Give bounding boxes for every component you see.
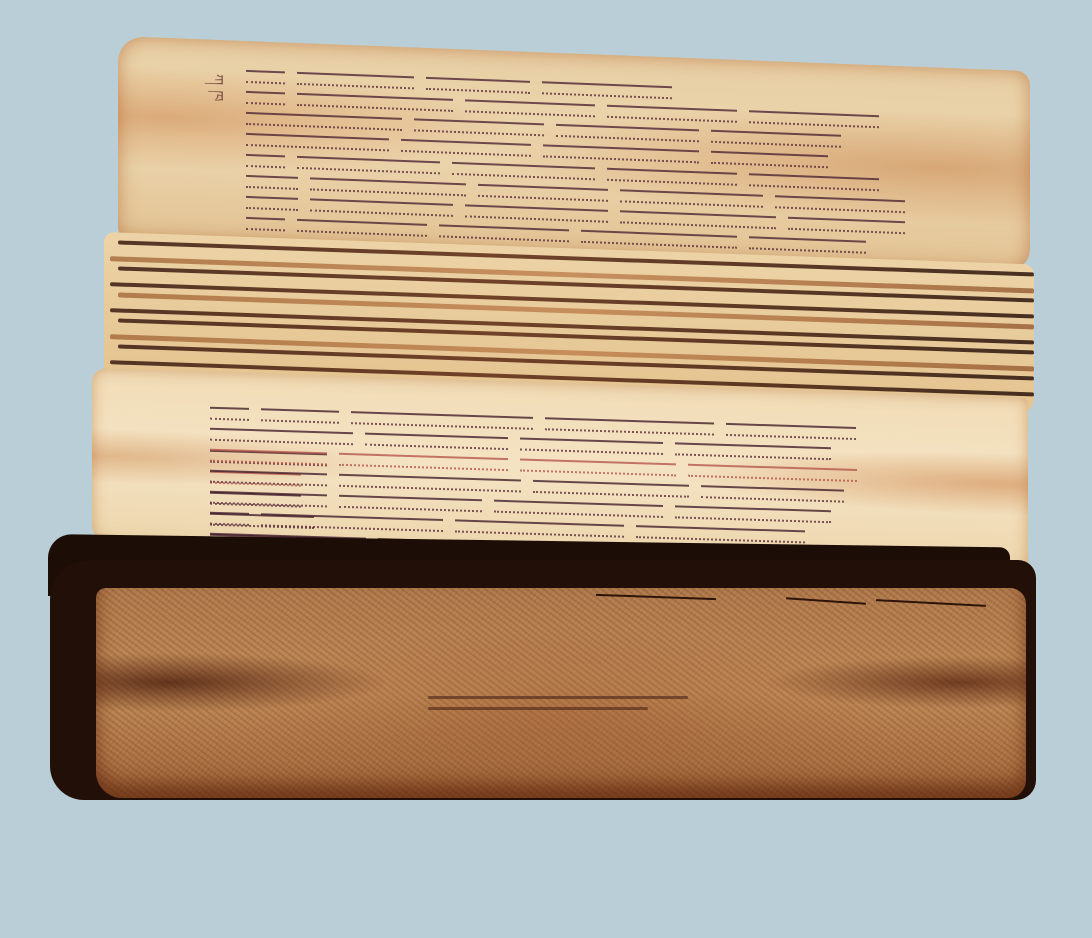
script-word (210, 470, 327, 487)
script-word (452, 162, 595, 180)
script-word (726, 423, 856, 440)
script-word (620, 189, 763, 207)
script-word (455, 519, 624, 537)
script-word (607, 168, 737, 186)
script-word (365, 433, 508, 450)
margin-annotation: ཀ ཁ (200, 73, 240, 205)
script-word (749, 173, 879, 191)
script-word (426, 77, 530, 94)
script-word (494, 500, 663, 518)
cover-inscription (428, 688, 728, 728)
script-word (339, 453, 508, 471)
top-folio: ཀ ཁ (118, 36, 1030, 271)
script-word (310, 198, 453, 216)
wooden-cover (50, 560, 1036, 800)
script-word (749, 110, 879, 128)
manuscript-photo: ཀ ཁ Ancient pothi-style manuscript with … (0, 0, 1092, 938)
script-word (261, 408, 339, 423)
top-folio-text-block (246, 65, 986, 243)
script-word (246, 175, 298, 190)
script-word (465, 99, 595, 117)
script-word (297, 156, 440, 174)
script-word (520, 437, 663, 454)
script-word (636, 525, 805, 543)
script-word (210, 449, 327, 466)
script-word (775, 195, 905, 213)
cover-face (96, 588, 1026, 798)
script-word (675, 505, 831, 523)
cover-crack (786, 597, 866, 605)
script-word (297, 72, 414, 89)
script-word (439, 224, 569, 242)
script-word (339, 495, 482, 512)
script-word (401, 139, 531, 157)
script-word (581, 230, 737, 249)
script-word (688, 464, 857, 482)
script-word (749, 236, 866, 253)
script-word (788, 217, 905, 234)
script-word (210, 512, 249, 526)
script-word (533, 480, 689, 498)
script-word (210, 428, 353, 445)
script-word (465, 204, 608, 222)
script-word (711, 130, 841, 148)
cover-crack (876, 599, 986, 607)
script-word (246, 70, 285, 84)
script-word (210, 407, 249, 421)
script-word (556, 124, 699, 142)
script-word (297, 219, 427, 237)
cover-crack (596, 594, 716, 600)
script-word (246, 154, 285, 168)
script-word (246, 217, 285, 231)
script-word (246, 91, 285, 105)
script-word (246, 196, 298, 211)
script-word (701, 485, 844, 502)
script-word (675, 442, 831, 460)
script-word (542, 81, 672, 99)
script-word (545, 417, 714, 435)
script-word (210, 491, 327, 508)
script-word (246, 133, 389, 151)
script-word (520, 458, 676, 476)
script-word (711, 151, 828, 168)
script-word (478, 184, 608, 202)
script-word (414, 118, 544, 136)
script-word (607, 105, 737, 123)
